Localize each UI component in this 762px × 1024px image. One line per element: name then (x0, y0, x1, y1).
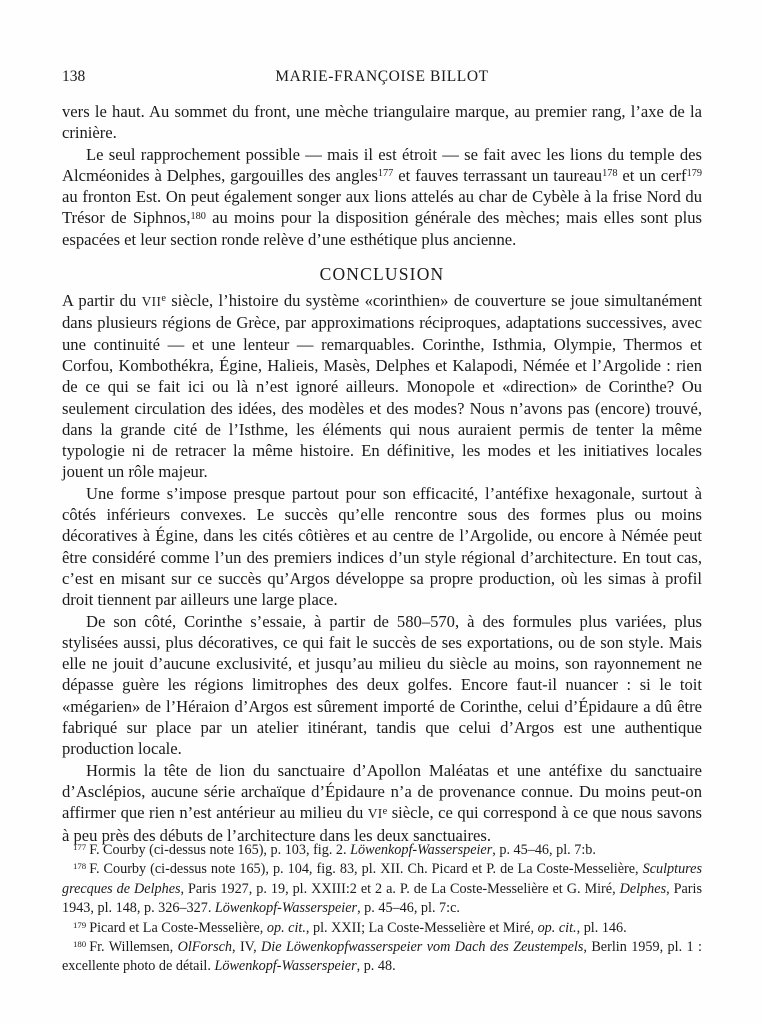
text-segment: et fauves terrassant un taureau (393, 166, 602, 185)
text-segment: , pl. XXII; La Coste-Messelière et Miré, (306, 920, 538, 936)
footnote-ref: e (161, 293, 166, 304)
footnote-ref: 178 (602, 168, 617, 179)
body-paragraph: Le seul rapprochement possible — mais il… (62, 144, 702, 250)
page-header: 138 MARIE-FRANÇOISE BILLOT (62, 67, 702, 87)
text-segment: op. cit. (267, 920, 306, 936)
text-segment: Une forme s’impose presque partout pour … (62, 484, 702, 609)
text-segment: vi (368, 806, 383, 821)
text-segment: Picard et La Coste-Messelière, (89, 920, 267, 936)
footnote-number: 178 (73, 861, 86, 871)
text-segment: Löwenkopf-Wasserspeier (214, 958, 356, 974)
text-segment: A partir du (62, 291, 142, 310)
text-segment: siècle, l’histoire du système «corinthie… (62, 291, 702, 481)
footnotes-section: 177F. Courby (ci-dessus note 165), p. 10… (62, 841, 702, 977)
footnote-number: 177 (73, 842, 86, 852)
text-segment: F. Courby (ci-dessus note 165), p. 104, … (89, 861, 642, 877)
text-segment: Die Löwenkopfwasserspeier vom Dach des Z… (261, 939, 583, 955)
footnote-item: 177F. Courby (ci-dessus note 165), p. 10… (62, 841, 702, 860)
text-segment: et un cerf (618, 166, 687, 185)
document-page: 138 MARIE-FRANÇOISE BILLOT vers le haut.… (0, 0, 762, 1024)
text-segment: op. cit. (538, 920, 577, 936)
footnote-item: 179Picard et La Coste-Messelière, op. ci… (62, 919, 702, 938)
footnote-ref: 180 (191, 211, 206, 222)
text-segment: , p. 48. (357, 958, 396, 974)
text-segment: Löwenkopf-Wasserspeier (215, 900, 357, 916)
text-segment: vers le haut. Au sommet du front, une mè… (62, 102, 702, 142)
text-segment: , Paris 1927, p. 19, pl. XXIII:2 et 2 a.… (181, 881, 620, 897)
text-segment: F. Courby (ci-dessus note 165), p. 103, … (89, 842, 350, 858)
body-paragraph: De son côté, Corinthe s’essaie, à partir… (62, 611, 702, 760)
footnote-ref: 179 (687, 168, 702, 179)
footnote-number: 179 (73, 920, 86, 930)
footnote-ref: 177 (378, 168, 393, 179)
footnote-item: 180Fr. Willemsen, OlForsch, IV, Die Löwe… (62, 938, 702, 977)
text-segment: , IV, (232, 939, 261, 955)
running-head: MARIE-FRANÇOISE BILLOT (62, 67, 702, 87)
page-number: 138 (62, 67, 85, 87)
body-paragraph: Une forme s’impose presque partout pour … (62, 483, 702, 611)
text-segment: Löwenkopf-Wasserspeier (350, 842, 492, 858)
text-segment: , p. 45–46, pl. 7:c. (357, 900, 460, 916)
footnote-ref: e (383, 806, 388, 817)
text-segment: OlForsch (178, 939, 232, 955)
footnote-number: 180 (73, 939, 86, 949)
text-segment: , pl. 146. (577, 920, 627, 936)
body-paragraph: Hormis la tête de lion du sanctuaire d’A… (62, 760, 702, 846)
text-segment: Delphes (620, 881, 667, 897)
body-paragraph: vers le haut. Au sommet du front, une mè… (62, 101, 702, 144)
text-segment: , p. 45–46, pl. 7:b. (492, 842, 596, 858)
text-segment: vii (142, 294, 162, 309)
article-body: vers le haut. Au sommet du front, une mè… (62, 101, 702, 846)
body-paragraph: A partir du viie siècle, l’histoire du s… (62, 290, 702, 483)
conclusion-heading: CONCLUSION (62, 264, 702, 285)
text-segment: Fr. Willemsen, (89, 939, 177, 955)
footnote-item: 178F. Courby (ci-dessus note 165), p. 10… (62, 860, 702, 918)
text-segment: De son côté, Corinthe s’essaie, à partir… (62, 612, 702, 759)
